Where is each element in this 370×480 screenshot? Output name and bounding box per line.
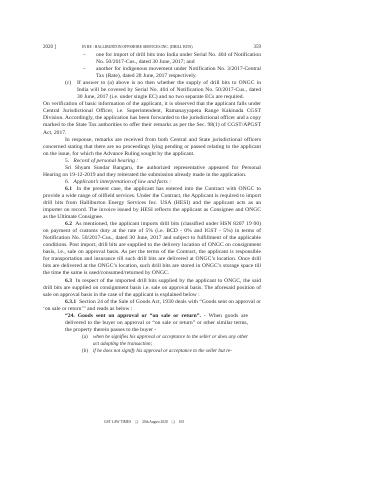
paragraph-6-2: 6.2 As mentioned, the applicant imports … [43, 221, 261, 277]
quote-item: (b) if he does not signify his approval … [43, 348, 261, 355]
header-year: 2020 ] [43, 44, 56, 51]
quote-item-label: (a) [82, 334, 88, 341]
clause-text: If answer to (a) above is no then whethe… [77, 80, 261, 100]
footer-journal: GST LAW TIMES [104, 420, 131, 424]
section-title: Applicant’s interpretation of law and fa… [73, 179, 171, 185]
quote-item-label: (b) [82, 348, 88, 355]
dash-text: another for indigenous movement under No… [96, 66, 261, 79]
section-6-heading: 6. Applicant’s interpretation of law and… [43, 179, 261, 186]
dash-marker: – [83, 52, 86, 59]
section-title: Record of personal hearing : [73, 158, 138, 164]
dash-item: – another for indigenous movement under … [43, 66, 261, 80]
section-number: 6. [65, 179, 69, 185]
page-header: 2020 ] IN RE : HALLIBURTON OFFSHORE SERV… [43, 44, 261, 52]
quote-item: (a) when he signifies his approval or ac… [43, 334, 261, 348]
para-number: 6.2 [65, 221, 72, 227]
section-5-heading: 5. Record of personal hearing : [43, 158, 261, 165]
para-text: Section 24 of the Sale of Goods Act, 193… [43, 299, 261, 312]
quote-item-text: if he does not signify his approval or a… [93, 348, 232, 354]
dash-item: – one for import of drill bits into Indi… [43, 52, 261, 66]
quote-heading: “24. Goods sent on approval or “on sale … [65, 313, 201, 319]
paragraph-6-1: 6.1 In the present case, the applicant h… [43, 186, 261, 221]
clause-c: (c) If answer to (a) above is no then wh… [43, 80, 261, 101]
footer-page: 165 [179, 420, 184, 424]
dash-text: one for import of drill bits into India … [96, 52, 261, 65]
para-text: In respect of the imported drill bits su… [43, 278, 261, 298]
section-number: 5. [65, 158, 69, 164]
square-separator-icon: ❑ [172, 420, 175, 424]
para-number: 6.3 [65, 278, 72, 284]
page-number: 359 [254, 44, 262, 51]
para-text: In the present case, the applicant has e… [43, 186, 261, 220]
paragraph-response: In response, remarks are received from b… [43, 137, 261, 158]
square-separator-icon: ❑ [135, 420, 138, 424]
running-head: IN RE : HALLIBURTON OFFSHORE SERVICES IN… [82, 44, 193, 51]
statute-quote: “24. Goods sent on approval or “on sale … [43, 313, 261, 334]
footer-date: 20th August 2020 [142, 420, 168, 424]
paragraph-hearing: Sri Shyam Sundar Bangaru, the authorized… [43, 165, 261, 179]
paragraph-6-3: 6.3 In respect of the imported drill bit… [43, 278, 261, 299]
page-footer: GST LAW TIMES ❑ 20th August 2020 ❑ 165 [104, 420, 184, 424]
para-number: 6.1 [65, 186, 72, 192]
paragraph-verification: On verification of basic information of … [43, 101, 261, 136]
dash-marker: – [83, 66, 86, 73]
paragraph-6-3-1: 6.3.1 Section 24 of the Sale of Goods Ac… [43, 299, 261, 313]
para-number: 6.3.1 [65, 299, 76, 305]
clause-label: (c) [65, 80, 71, 87]
document-page: 2020 ] IN RE : HALLIBURTON OFFSHORE SERV… [43, 44, 261, 355]
quote-item-text: when he signifies his approval or accept… [93, 334, 248, 347]
para-text: As mentioned, the applicant imports dril… [43, 221, 261, 276]
